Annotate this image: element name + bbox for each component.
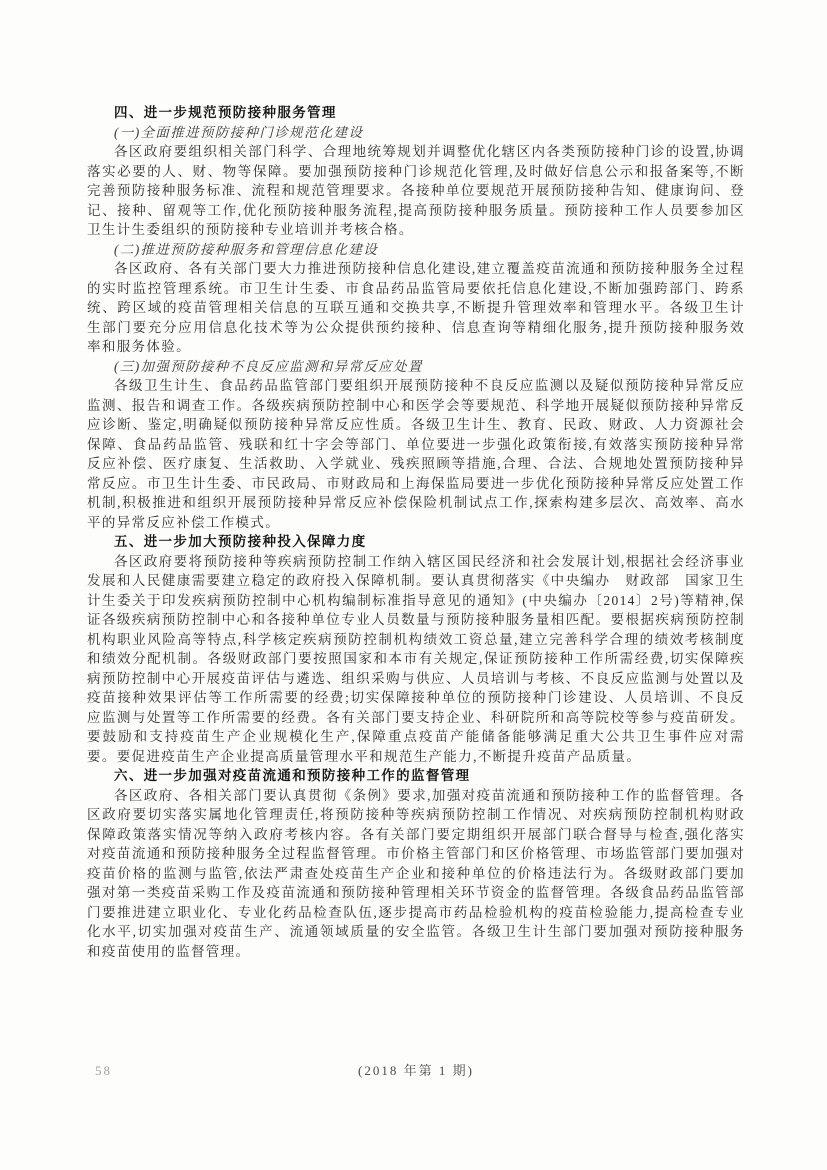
footer-issue-label: (2018 年第 1 期) <box>87 1061 745 1081</box>
sub-section-heading: (三)加强预防接种不良反应监测和异常反应处置 <box>87 357 745 377</box>
body-paragraph: 各区政府、各相关部门要认真贯彻《条例》要求,加强对疫苗流通和预防接种工作的监督管… <box>87 786 745 962</box>
footer-page-number: 58 <box>95 1061 112 1081</box>
sub-section-heading: (一)全面推进预防接种门诊规范化建设 <box>87 123 745 143</box>
document-page: 四、进一步规范预防接种服务管理(一)全面推进预防接种门诊规范化建设各区政府要组织… <box>0 0 827 1170</box>
section-heading: 四、进一步规范预防接种服务管理 <box>87 103 745 123</box>
page-footer: 58 (2018 年第 1 期) <box>87 1061 745 1081</box>
body-paragraph: 各区政府要组织相关部门科学、合理地统筹规划并调整优化辖区内各类预防接种门诊的设置… <box>87 142 745 240</box>
body-paragraph: 各级卫生计生、食品药品监管部门要组织开展预防接种不良反应监测以及疑似预防接种异常… <box>87 376 745 532</box>
document-body: 四、进一步规范预防接种服务管理(一)全面推进预防接种门诊规范化建设各区政府要组织… <box>87 103 745 961</box>
body-paragraph: 各区政府、各有关部门要大力推进预防接种信息化建设,建立覆盖疫苗流通和预防接种服务… <box>87 259 745 357</box>
section-heading: 六、进一步加强对疫苗流通和预防接种工作的监督管理 <box>87 766 745 786</box>
section-heading: 五、进一步加大预防接种投入保障力度 <box>87 532 745 552</box>
body-paragraph: 各区政府要将预防接种等疾病预防控制工作纳入辖区国民经济和社会发展计划,根据社会经… <box>87 552 745 767</box>
sub-section-heading: (二)推进预防接种服务和管理信息化建设 <box>87 240 745 260</box>
